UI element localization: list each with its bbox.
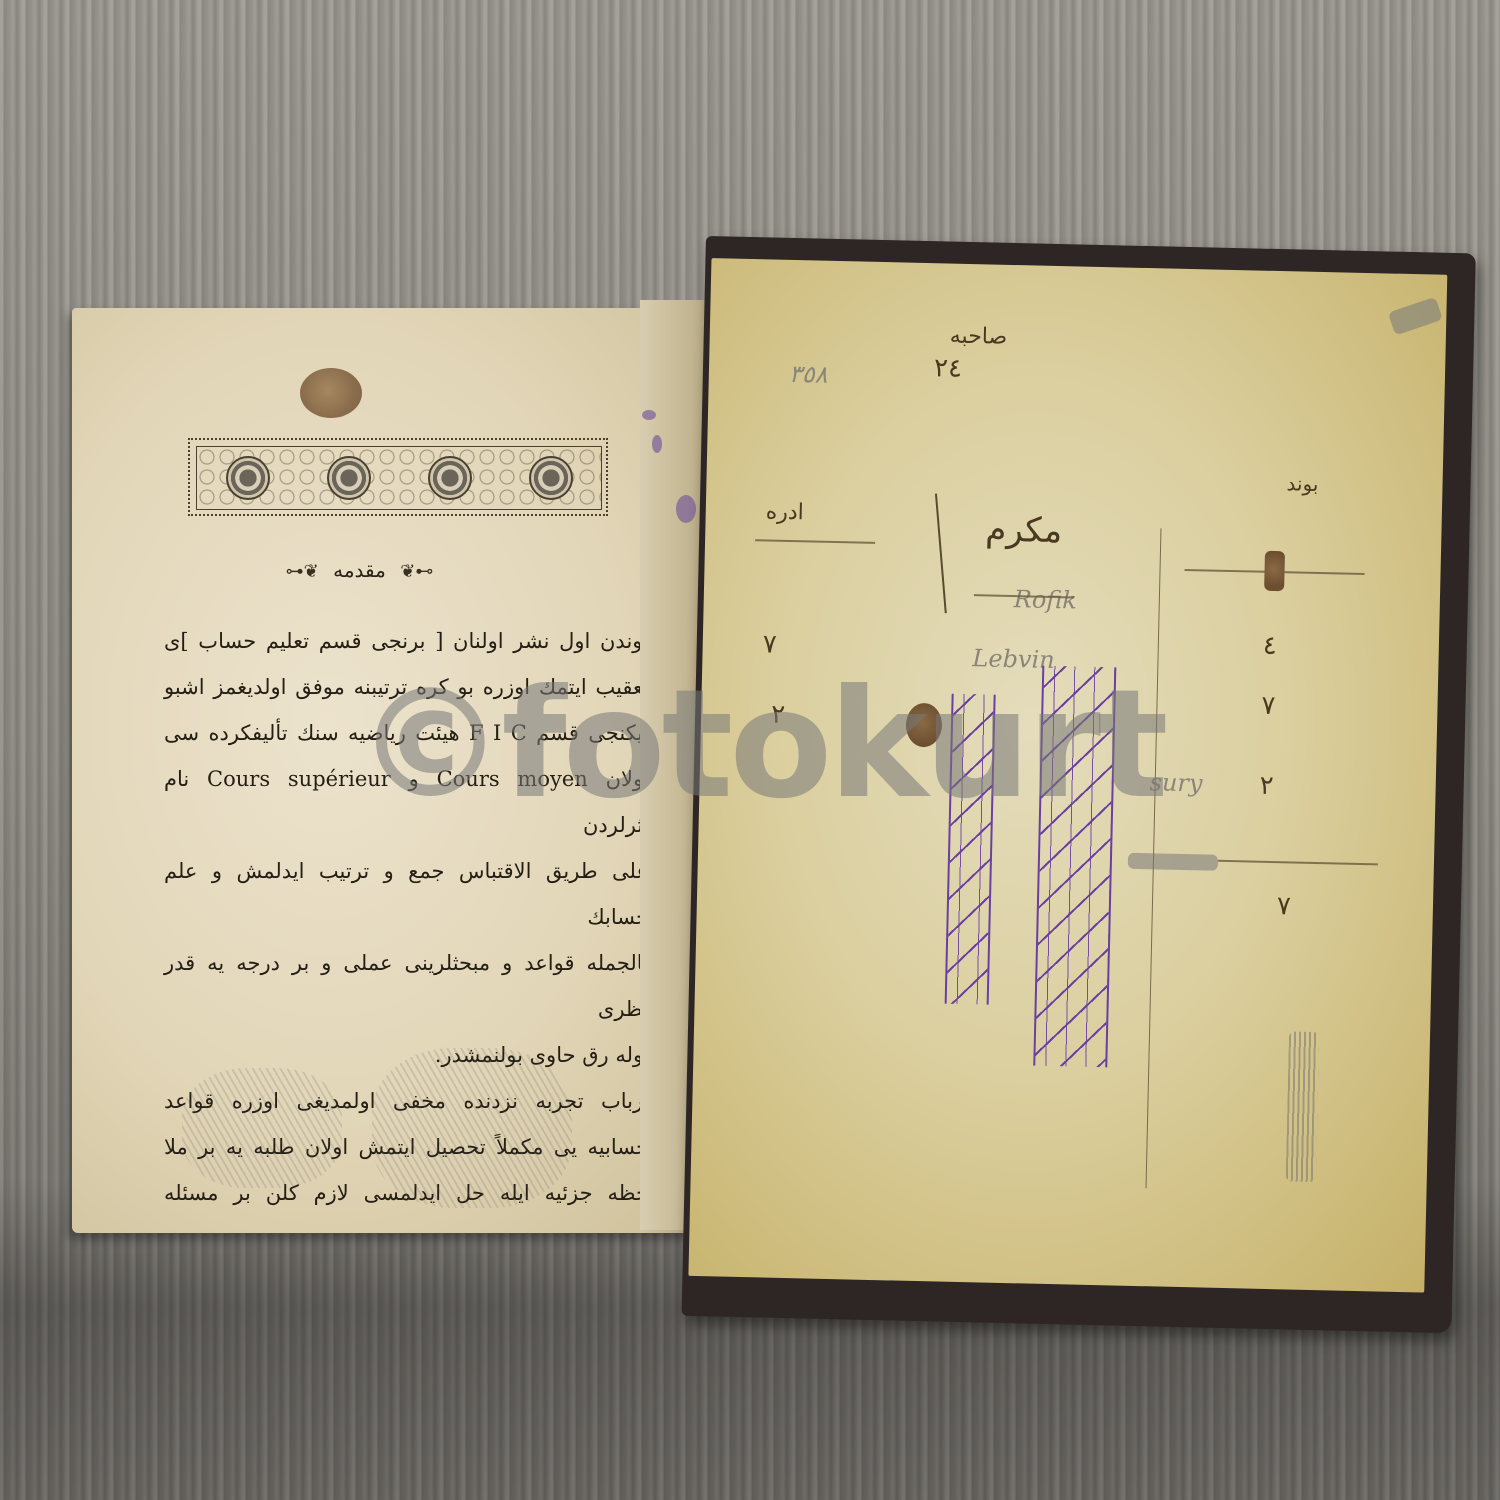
handwritten-note: بوند xyxy=(1286,471,1319,496)
handwritten-note: ٤ xyxy=(1263,631,1278,661)
handwritten-note: صاحبه xyxy=(950,324,1008,350)
rosette-icon xyxy=(529,456,573,500)
pencil-smear xyxy=(1286,1031,1319,1182)
ink-line xyxy=(1218,860,1378,866)
ink-stain xyxy=(642,410,656,420)
ink-line xyxy=(755,539,875,544)
handwritten-note: ٧ xyxy=(1277,891,1292,921)
pencil-smear xyxy=(1388,297,1443,336)
handwritten-note: ٢٤ xyxy=(934,353,963,384)
text-line: بوندن اول نشر اولنان [ برنجی قسم تعلیم ح… xyxy=(164,618,649,664)
pencil-note: sury xyxy=(1149,768,1202,797)
ownership-seal-stamp xyxy=(300,368,362,418)
pencil-smudge xyxy=(372,1048,572,1208)
ink-stain xyxy=(652,435,662,453)
handwritten-note: ٧ xyxy=(762,629,777,659)
ink-line xyxy=(935,494,947,614)
ornament-icon: ❦⊷ xyxy=(392,561,441,582)
handwritten-note: ادره xyxy=(765,499,804,525)
endpaper: صاحبه ٣٥٨ ٢٤ مكرم ادره بوند ٤ ٢ ٧ ٧ ٢ ٧ … xyxy=(688,258,1447,1292)
ink-blot xyxy=(1264,551,1285,591)
pencil-note: ٣٥٨ xyxy=(789,360,828,389)
purple-hatching xyxy=(1033,666,1116,1068)
handwritten-note: ٧ xyxy=(1261,691,1276,721)
pencil-smudge xyxy=(182,1068,342,1188)
ink-blot xyxy=(905,703,942,748)
text-line: تعقیب ایتمك اوزره بو كره ترتیبنه موفق او… xyxy=(164,664,649,710)
heading-text: مقدمه xyxy=(333,558,386,582)
handwritten-note: ٢ xyxy=(771,700,786,730)
left-page: ⊶❦ مقدمه ❦⊷ بوندن اول نشر اولنان [ برنجی… xyxy=(72,308,712,1233)
text-line: علی طریق الاقتباس جمع و ترتیب ایدلمش و ع… xyxy=(164,848,649,940)
rosette-icon xyxy=(226,456,270,500)
pencil-note: Rofik xyxy=(1014,585,1078,614)
rosette-icon xyxy=(327,456,371,500)
pencil-smear xyxy=(1128,853,1218,871)
chapter-heading: ⊶❦ مقدمه ❦⊷ xyxy=(72,558,647,582)
purple-hatching xyxy=(945,694,996,1005)
ornamental-headpiece xyxy=(188,438,608,516)
book-cover-board: صاحبه ٣٥٨ ٢٤ مكرم ادره بوند ٤ ٢ ٧ ٧ ٢ ٧ … xyxy=(681,236,1475,1333)
text-line: ایكنجی قسم F I C هیئت ریاضیه سنك تألیفكر… xyxy=(164,710,649,756)
handwritten-note: مكرم xyxy=(985,509,1063,551)
ink-stain xyxy=(676,495,696,523)
ornament-icon: ⊶❦ xyxy=(278,561,327,582)
rosette-icon xyxy=(428,456,472,500)
text-line: بالجمله قواعد و مبحثلرینی عملی و بر درجه… xyxy=(164,940,649,1032)
text-line: اولان Cours moyen و Cours supérieur نام … xyxy=(164,756,649,848)
handwritten-note: ٢ xyxy=(1259,771,1274,801)
